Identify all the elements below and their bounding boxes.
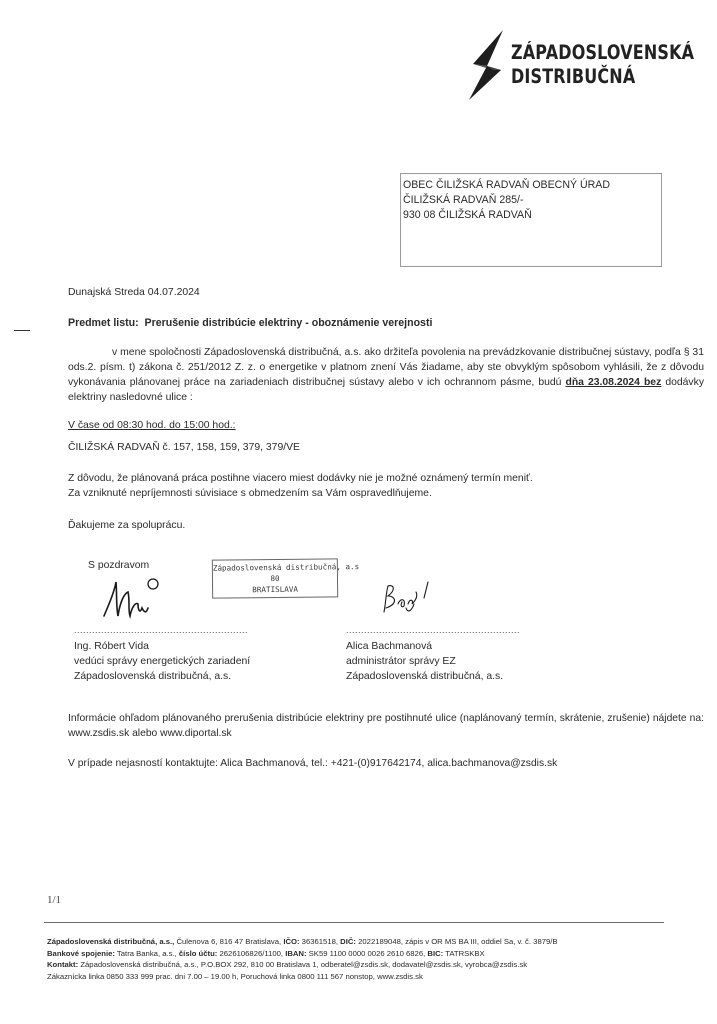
- signatory-2-role: administrátor správy EZ: [346, 654, 503, 669]
- signature-line-1: ........................................…: [74, 625, 248, 635]
- main-paragraph: v mene spoločnosti Západoslovenská distr…: [68, 345, 704, 405]
- logo-line-1: ZÁPADOSLOVENSKÁ: [511, 41, 694, 65]
- footer-bank-label: Bankové spojenie:: [47, 949, 115, 958]
- signatory-1-name: Ing. Róbert Vida: [74, 639, 250, 654]
- footer-bic-label: BIC:: [427, 949, 443, 958]
- signature-alica-bachmanova: [378, 578, 438, 618]
- footer-line-4: Zákaznícka linka 0850 333 999 prac. dni …: [47, 971, 558, 983]
- footer-company-name: Západoslovenská distribučná, a.s.,: [47, 937, 174, 946]
- page-number: 1/1: [47, 894, 61, 906]
- subject-line: Predmet listu: Prerušenie distribúcie el…: [68, 316, 432, 331]
- recipient-line-2: ČILIŽSKÁ RADVAŇ 285/-: [403, 193, 661, 208]
- signatory-1-company: Západoslovenská distribučná, a.s.: [74, 669, 250, 684]
- footer-divider: [44, 922, 664, 923]
- footer-bank: Tatra Banka, a.s.,: [115, 949, 179, 958]
- company-stamp: Západoslovenská distribučná, a.s 80 BRAT…: [212, 558, 338, 598]
- footer-contact-label: Kontakt:: [47, 960, 78, 969]
- lightning-bolt-icon: [467, 30, 511, 100]
- footer-ico: 36361518,: [300, 937, 341, 946]
- company-footer: Západoslovenská distribučná, a.s., Čulen…: [47, 936, 558, 982]
- stamp-line-1: Západoslovenská distribučná, a.s: [213, 561, 337, 573]
- footer-dic-label: DIČ:: [340, 937, 356, 946]
- place-date: Dunajská Streda 04.07.2024: [68, 285, 200, 300]
- signature-robert-vida: [100, 572, 160, 622]
- signatory-2: Alica Bachmanová administrátor správy EZ…: [346, 639, 503, 684]
- footer-account: 2626106826/1100,: [217, 949, 285, 958]
- footer-iban-label: IBAN:: [285, 949, 306, 958]
- recipient-line-3: 930 08 ČILIŽSKÁ RADVAŇ: [403, 208, 661, 223]
- footer-address: Čulenova 6, 816 47 Bratislava,: [174, 937, 283, 946]
- company-logo-text: ZÁPADOSLOVENSKÁ DISTRIBUČNÁ: [511, 41, 694, 89]
- footer-contact: Západoslovenská distribučná, a.s., P.O.B…: [78, 960, 527, 969]
- logo-line-2: DISTRIBUČNÁ: [511, 65, 694, 89]
- recipient-address-box: OBEC ČILIŽSKÁ RADVAŇ OBECNÝ ÚRAD ČILIŽSK…: [400, 173, 662, 267]
- outage-date: dňa 23.08.2024 bez: [565, 377, 661, 388]
- signatory-2-company: Západoslovenská distribučná, a.s.: [346, 669, 503, 684]
- outage-time-window: V čase od 08:30 hod. do 15:00 hod.:: [68, 418, 236, 433]
- footer-iban: SK59 1100 0000 0026 2610 6826,: [307, 949, 428, 958]
- affected-streets: ČILIŽSKÁ RADVAŇ č. 157, 158, 159, 379, 3…: [68, 440, 300, 455]
- fold-mark: [14, 330, 30, 331]
- footer-bic: TATRSKBX: [443, 949, 484, 958]
- footer-account-label: číslo účtu:: [179, 949, 217, 958]
- thanks-line: Ďakujeme za spoluprácu.: [68, 518, 185, 533]
- info-paragraph: Informácie ohľadom plánovaného prerušeni…: [68, 711, 704, 741]
- stamp-line-3: BRATISLAVA: [213, 583, 337, 595]
- footer-line-2: Bankové spojenie: Tatra Banka, a.s., čís…: [47, 948, 558, 960]
- recipient-line-1: OBEC ČILIŽSKÁ RADVAŇ OBECNÝ ÚRAD: [403, 178, 661, 193]
- contact-line: V prípade nejasností kontaktujte: Alica …: [68, 756, 557, 771]
- footer-dic: 2022189048, zápis v OR MS BA III, oddiel…: [356, 937, 558, 946]
- subject-label: Predmet listu:: [68, 317, 139, 329]
- notice-line-1: Z dôvodu, že plánovaná práca postihne vi…: [68, 471, 533, 486]
- greeting: S pozdravom: [88, 558, 149, 573]
- signature-line-2: ........................................…: [346, 625, 520, 635]
- notice-line-2: Za vzniknuté nepríjemnosti súvisiace s o…: [68, 486, 432, 501]
- subject-text: Prerušenie distribúcie elektriny - obozn…: [145, 317, 433, 329]
- signatory-1-role: vedúci správy energetických zariadení: [74, 654, 250, 669]
- footer-line-3: Kontakt: Západoslovenská distribučná, a.…: [47, 959, 558, 971]
- signatory-1: Ing. Róbert Vida vedúci správy energetic…: [74, 639, 250, 684]
- footer-line-1: Západoslovenská distribučná, a.s., Čulen…: [47, 936, 558, 948]
- footer-ico-label: IČO:: [283, 937, 299, 946]
- signatory-2-name: Alica Bachmanová: [346, 639, 503, 654]
